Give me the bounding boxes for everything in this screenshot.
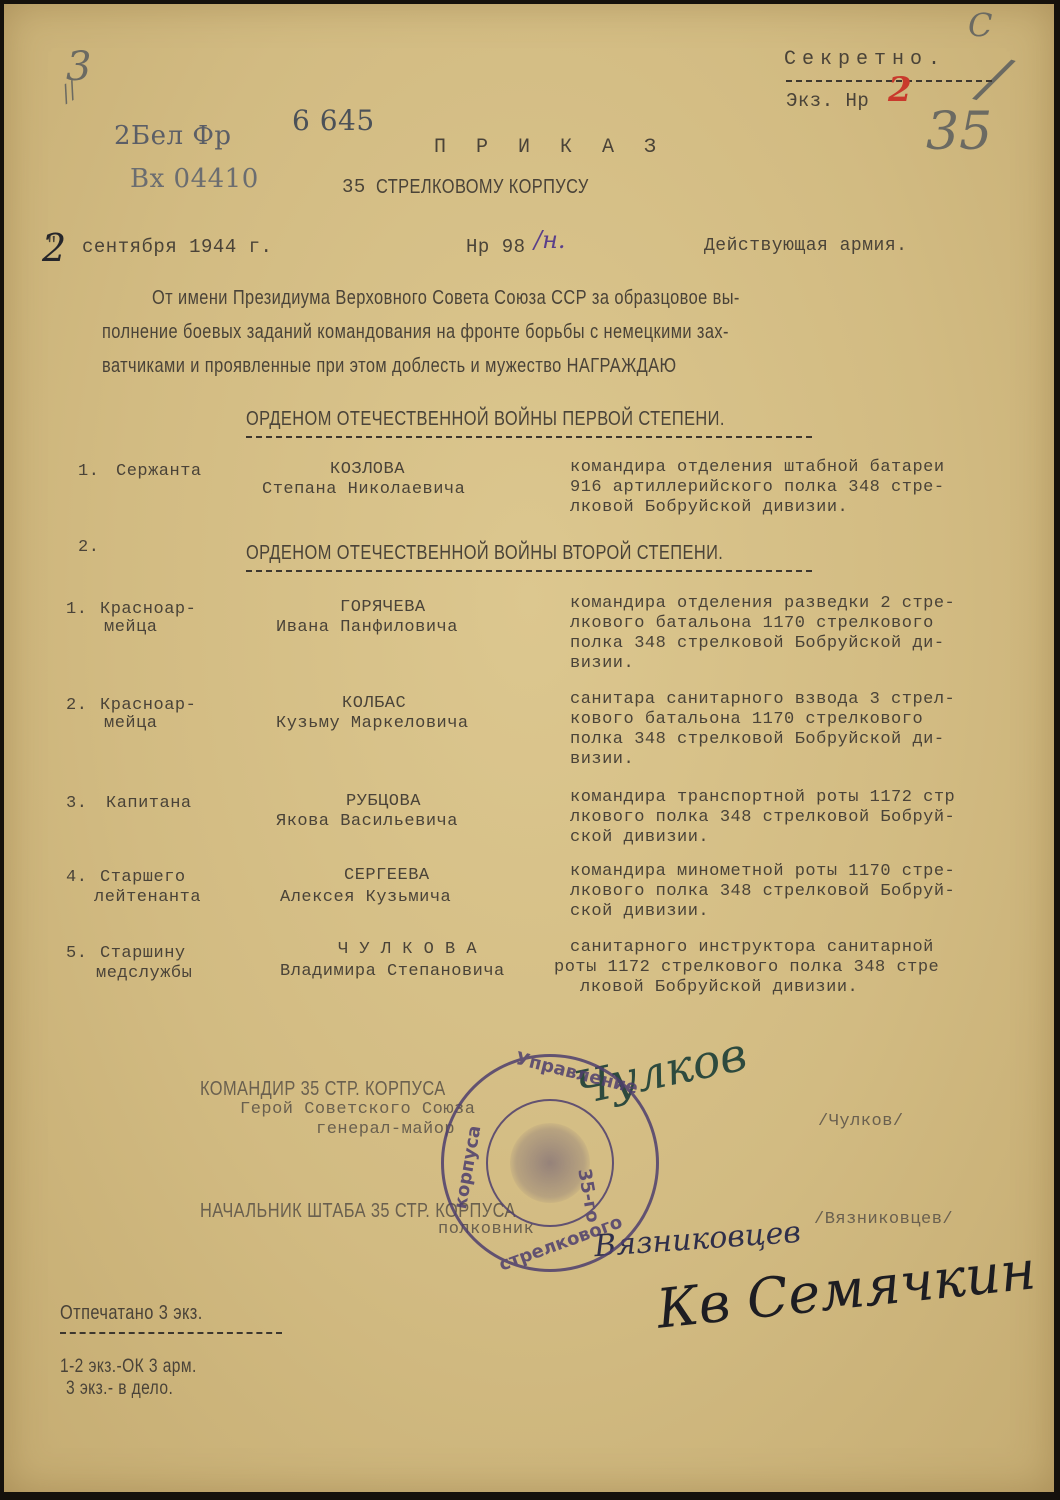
- front-stamp-number: 6 645: [292, 104, 375, 137]
- awardee-given-names: Алексея Кузьмича: [280, 888, 451, 907]
- awardee-rank: лейтенанта: [94, 888, 201, 907]
- commander-rank: генерал-майор: [316, 1120, 455, 1139]
- awardee-index: 3.: [66, 794, 87, 813]
- location: Действующая армия.: [704, 236, 907, 256]
- awardee-position-line: ской дивизии.: [570, 902, 709, 921]
- awardee-position-line: визии.: [570, 750, 634, 769]
- awardee-position-line: командира отделения разведки 2 стре-: [570, 594, 955, 613]
- awardee-position-line: лковой Бобруйской дивизии.: [580, 978, 858, 997]
- awardee-position-line: ской дивизии.: [570, 828, 709, 847]
- awardee-position-line: лкового полка 348 стрелковой Бобруй-: [570, 882, 955, 901]
- awardee-position-line: лковой Бобруйской дивизии.: [570, 498, 848, 517]
- awardee-given-names: Степана Николаевича: [262, 480, 465, 499]
- awardee-index: 5.: [66, 944, 87, 963]
- distribution-line-2: 3 экз.- в дело.: [66, 1378, 173, 1400]
- awardee-position-line: лкового батальона 1170 стрелкового: [570, 614, 934, 633]
- awardee-position-line: командира транспортной роты 1172 стр: [570, 788, 955, 807]
- copies-printed: Отпечатано 3 экз.: [60, 1302, 203, 1325]
- awardee-index: 2.: [66, 696, 87, 715]
- order-number-suffix: /н.: [534, 226, 566, 254]
- awardee-position-line: роты 1172 стрелкового полка 348 стре: [554, 958, 939, 977]
- date-day: 2: [42, 226, 66, 270]
- awardee-surname: КОЗЛОВА: [330, 460, 405, 479]
- awardee-given-names: Якова Васильевича: [276, 812, 458, 831]
- awardee-position-line: лкового полка 348 стрелковой Бобруй-: [570, 808, 955, 827]
- commander-name: /Чулков/: [818, 1112, 904, 1131]
- section-2-heading: ОРДЕНОМ ОТЕЧЕСТВЕННОЙ ВОЙНЫ ВТОРОЙ СТЕПЕ…: [246, 542, 723, 565]
- awardee-surname: Ч У Л К О В А: [338, 940, 477, 959]
- corps-number: 35: [342, 176, 366, 198]
- awardee-given-names: Кузьму Маркеловича: [276, 714, 469, 733]
- section-1-underline: [246, 436, 812, 438]
- awardee-position-line: визии.: [570, 654, 634, 673]
- document-page: 3 // 2Бел Фр 6 645 Вх 04410 С 35 / Секре…: [4, 4, 1054, 1492]
- awardee-rank: мейца: [104, 618, 158, 637]
- incoming-stamp: Вх 04410: [130, 164, 259, 194]
- preamble-line-3: ватчиками и проявленные при этом доблест…: [102, 355, 677, 378]
- document-title: П Р И К А З: [434, 136, 665, 159]
- awardee-index: 1.: [66, 600, 87, 619]
- chief-of-staff-name: /Вязниковцев/: [814, 1210, 953, 1229]
- distribution-line-1: 1-2 экз.-ОК 3 арм.: [60, 1356, 197, 1378]
- awardee-rank: Красноар-: [100, 600, 196, 619]
- awardee-rank: Старшину: [100, 944, 186, 963]
- awardee-position-line: 916 артиллерийского полка 348 стре-: [570, 478, 945, 497]
- awardee-surname: ГОРЯЧЕВА: [340, 598, 426, 617]
- awardee-given-names: Ивана Панфиловича: [276, 618, 458, 637]
- order-number: Нр 98: [466, 236, 526, 258]
- awardee-rank: Красноар-: [100, 696, 196, 715]
- awardee-index: 4.: [66, 868, 87, 887]
- awardee-position-line: командира минометной роты 1170 стре-: [570, 862, 955, 881]
- commander-honor: Герой Советского Союза: [240, 1100, 475, 1119]
- copy-label: Экз. Нр: [786, 90, 869, 112]
- awardee-position-line: санитара санитарного взвода 3 стрел-: [570, 690, 955, 709]
- awardee-rank: Старшего: [100, 868, 186, 887]
- awardee-surname: КОЛБАС: [342, 694, 406, 713]
- copy-number: 2: [888, 70, 912, 110]
- corps-name: СТРЕЛКОВОМУ КОРПУСУ: [376, 176, 589, 199]
- preamble-line-1: От имени Президиума Верховного Совета Со…: [152, 287, 740, 310]
- commander-title: КОМАНДИР 35 СТР. КОРПУСА: [200, 1078, 446, 1101]
- awardee-position-line: полка 348 стрелковой Бобруйской ди-: [570, 634, 945, 653]
- awardee-rank: Сержанта: [116, 462, 202, 481]
- pencil-slash-mark: /: [974, 43, 1015, 116]
- awardee-rank: Капитана: [106, 794, 192, 813]
- front-stamp-line1: 2Бел Фр: [114, 121, 232, 151]
- seal-text-left: корпуса: [450, 1124, 485, 1211]
- awardee-position-line: кового батальона 1170 стрелкового: [570, 710, 923, 729]
- awardee-index: 1.: [78, 462, 99, 481]
- awardee-position-line: полка 348 стрелковой Бобруйской ди-: [570, 730, 945, 749]
- section-2-underline: [246, 570, 812, 572]
- preamble-line-2: полнение боевых заданий командования на …: [102, 321, 729, 344]
- awardee-position-line: санитарного инструктора санитарной: [570, 938, 934, 957]
- awardee-rank: медслужбы: [96, 964, 192, 983]
- date-rest: сентября 1944 г.: [82, 236, 272, 258]
- official-seal-stamp: Управление 35-го стрелкового корпуса: [441, 1054, 659, 1272]
- awardee-surname: РУБЦОВА: [346, 792, 421, 811]
- footer-underline: [60, 1332, 282, 1334]
- awardee-rank: мейца: [104, 714, 158, 733]
- section-1-heading: ОРДЕНОМ ОТЕЧЕСТВЕННОЙ ВОЙНЫ ПЕРВОЙ СТЕПЕ…: [246, 408, 725, 431]
- awardee-surname: СЕРГЕЕВА: [344, 866, 430, 885]
- corner-mark: С: [968, 6, 992, 44]
- classification-label: Секретно.: [784, 48, 946, 71]
- section-2-number: 2.: [78, 538, 99, 557]
- awardee-given-names: Владимира Степановича: [280, 962, 505, 981]
- awardee-position-line: командира отделения штабной батареи: [570, 458, 945, 477]
